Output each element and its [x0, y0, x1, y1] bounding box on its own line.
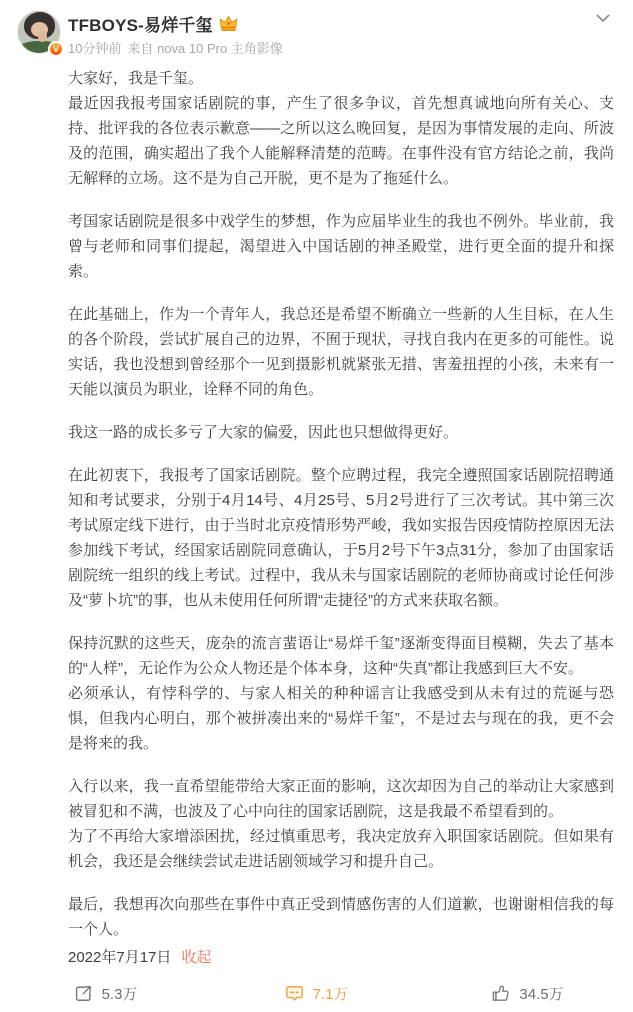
share-button[interactable]: 5.3万: [0, 983, 211, 1004]
verified-v-badge-icon: V: [48, 41, 64, 57]
post-time: 10分钟前: [68, 38, 121, 57]
vip-crown-icon: [219, 15, 238, 32]
comment-button[interactable]: 7.1万: [211, 983, 422, 1004]
share-forward-icon: [74, 984, 93, 1003]
post-content: 大家好，我是千玺。最近因我报考国家话剧院的事，产生了很多争议，首先想真诚地向所有…: [68, 66, 614, 942]
comment-bubble-icon: [285, 984, 304, 1003]
post-text-line: 为了不再给大家增添困扰，经过慎重思考，我决定放弃入职国家话剧院。但如果有机会，我…: [68, 824, 614, 874]
comment-count: 7.1万: [313, 983, 349, 1004]
post-paragraph-block: 大家好，我是千玺。最近因我报考国家话剧院的事，产生了很多争议，首先想真诚地向所有…: [68, 66, 614, 191]
like-count: 34.5万: [519, 983, 563, 1004]
avatar[interactable]: V: [17, 10, 61, 54]
post-paragraph-block: 在此基础上，作为一个青年人，我总还是希望不断确立一些新的人生目标，在人生的各个阶…: [68, 302, 614, 402]
post-text-line: 我这一路的成长多亏了大家的偏爱，因此也只想做得更好。: [68, 420, 614, 445]
post-paragraph-block: 入行以来，我一直希望能带给大家正面的影响，这次却因为自己的举动让大家感到被冒犯和…: [68, 774, 614, 874]
username[interactable]: TFBOYS-易烊千玺: [68, 11, 213, 36]
action-bar: 5.3万 7.1万 34.5万: [0, 974, 633, 1012]
post-meta: 10分钟前 来自 nova 10 Pro 主角影像: [68, 38, 283, 57]
post-paragraph-block: 我这一路的成长多亏了大家的偏爱，因此也只想做得更好。: [68, 420, 614, 445]
post-source-link[interactable]: 来自 nova 10 Pro 主角影像: [127, 38, 282, 57]
post-text-line: 最后，我想再次向那些在事件中真正受到情感伤害的人们道歉，也谢谢相信我的每一个人。: [68, 892, 614, 942]
post-text-line: 考国家话剧院是很多中戏学生的梦想，作为应届毕业生的我也不例外。毕业前，我曾与老师…: [68, 209, 614, 284]
post-paragraph-block: 在此初衷下，我报考了国家话剧院。整个应聘过程，我完全遵照国家话剧院招聘通知和考试…: [68, 463, 614, 613]
thumbs-up-icon: [491, 984, 510, 1003]
post-paragraph-block: 保持沉默的这些天，庞杂的流言蜚语让“易烊千玺”逐渐变得面目模糊，失去了基本的“人…: [68, 631, 614, 756]
post-date: 2022年7月17日: [68, 946, 171, 967]
like-button[interactable]: 34.5万: [422, 983, 633, 1004]
post-text-line: 最近因我报考国家话剧院的事，产生了很多争议，首先想真诚地向所有关心、支持、批评我…: [68, 91, 614, 191]
post-text-line: 必须承认，有悖科学的、与家人相关的种种谣言让我感受到从未有过的荒诞与恐惧，但我内…: [68, 681, 614, 756]
post-text-line: 入行以来，我一直希望能带给大家正面的影响，这次却因为自己的举动让大家感到被冒犯和…: [68, 774, 614, 824]
weibo-post-card: V TFBOYS-易烊千玺 10分钟前 来自 nova 10 Pro 主角影像 …: [0, 0, 633, 1012]
post-menu-button[interactable]: [591, 8, 615, 30]
chevron-down-icon: [596, 10, 610, 28]
post-text-line: 在此基础上，作为一个青年人，我总还是希望不断确立一些新的人生目标，在人生的各个阶…: [68, 302, 614, 402]
post-text-line: 大家好，我是千玺。: [68, 66, 614, 91]
post-paragraph-block: 考国家话剧院是很多中戏学生的梦想，作为应届毕业生的我也不例外。毕业前，我曾与老师…: [68, 209, 614, 284]
post-text-line: 在此初衷下，我报考了国家话剧院。整个应聘过程，我完全遵照国家话剧院招聘通知和考试…: [68, 463, 614, 613]
post-text-line: 保持沉默的这些天，庞杂的流言蜚语让“易烊千玺”逐渐变得面目模糊，失去了基本的“人…: [68, 631, 614, 681]
share-count: 5.3万: [102, 983, 138, 1004]
collapse-link[interactable]: 收起: [181, 946, 211, 967]
post-paragraph-block: 最后，我想再次向那些在事件中真正受到情感伤害的人们道歉，也谢谢相信我的每一个人。: [68, 892, 614, 942]
